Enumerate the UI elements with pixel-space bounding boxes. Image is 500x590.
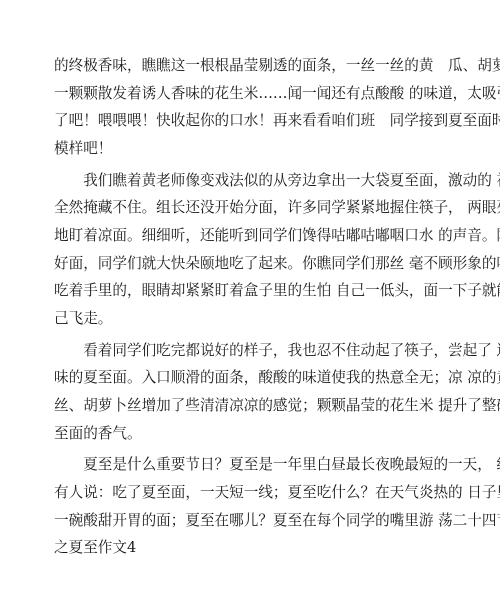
text-line: 了吧！喂喂喂！快收起你的口水！再来看看咱们班 同学接到夏至面时的 xyxy=(54,107,450,135)
text-line: 地盯着凉面。细细听，还能听到同学们馋得咕嘟咕嘟咽口水 的声音。刚分 xyxy=(54,222,450,250)
text-line: 至面的香气。 xyxy=(54,420,450,448)
text-line: 味的夏至面。入口顺滑的面条，酸酸的味道使我的热意全无；凉 凉的黄瓜 xyxy=(54,364,450,392)
text-line: 好面，同学们就大快朵颐地吃了起来。你瞧同学们那丝 毫不顾形象的吃相， xyxy=(54,250,450,278)
text-line: 有人说：吃了夏至面，一天短一线；夏至吃什么？在天气炎热的 日子里吃 xyxy=(54,479,450,507)
paragraph-2: 我们瞧着黄老师像变戏法似的从旁边拿出一大袋夏至面，激动的 神情 全然掩藏不住。组… xyxy=(54,167,450,333)
paragraph-3: 看着同学们吃完都说好的样子，我也忍不住动起了筷子，尝起了 这美 味的夏至面。入口… xyxy=(54,337,450,447)
text-line: 模样吧！ xyxy=(54,135,450,163)
paragraph-1: 的终极香味，瞧瞧这一根根晶莹剔透的面条，一丝一丝的黄 瓜、胡萝卜， 一颗颗散发着… xyxy=(54,52,450,162)
text-line: 一颗颗散发着诱人香味的花生米……闻一闻还有点酸酸 的味道，太吸引人 xyxy=(54,80,450,108)
text-line: 之夏至作文4 xyxy=(54,534,450,562)
text-line: 全然掩藏不住。组长还没开始分面，许多同学紧紧地握住筷子， 两眼死死 xyxy=(54,194,450,222)
text-line: 一碗酸甜开胃的面；夏至在哪儿？夏至在每个同学的嘴里游 荡二十四节气 xyxy=(54,507,450,535)
text-line: 我们瞧着黄老师像变戏法似的从旁边拿出一大袋夏至面，激动的 神情 xyxy=(54,167,450,195)
text-line: 丝、胡萝卜丝增加了些清清凉凉的感觉；颗颗晶莹的花生米 提升了整碗夏 xyxy=(54,392,450,420)
text-line: 己飞走。 xyxy=(54,305,450,333)
document-page: 的终极香味，瞧瞧这一根根晶莹剔透的面条，一丝一丝的黄 瓜、胡萝卜， 一颗颗散发着… xyxy=(54,52,450,562)
text-line: 夏至是什么重要节日？夏至是一年里白昼最长夜晚最短的一天， 经常 xyxy=(54,451,450,479)
text-line: 的终极香味，瞧瞧这一根根晶莹剔透的面条，一丝一丝的黄 瓜、胡萝卜， xyxy=(54,52,450,80)
paragraph-4: 夏至是什么重要节日？夏至是一年里白昼最长夜晚最短的一天， 经常 有人说：吃了夏至… xyxy=(54,451,450,561)
text-line: 看着同学们吃完都说好的样子，我也忍不住动起了筷子，尝起了 这美 xyxy=(54,337,450,365)
text-line: 吃着手里的，眼睛却紧紧盯着盒子里的生怕 自己一低头，面一下子就能自 xyxy=(54,277,450,305)
